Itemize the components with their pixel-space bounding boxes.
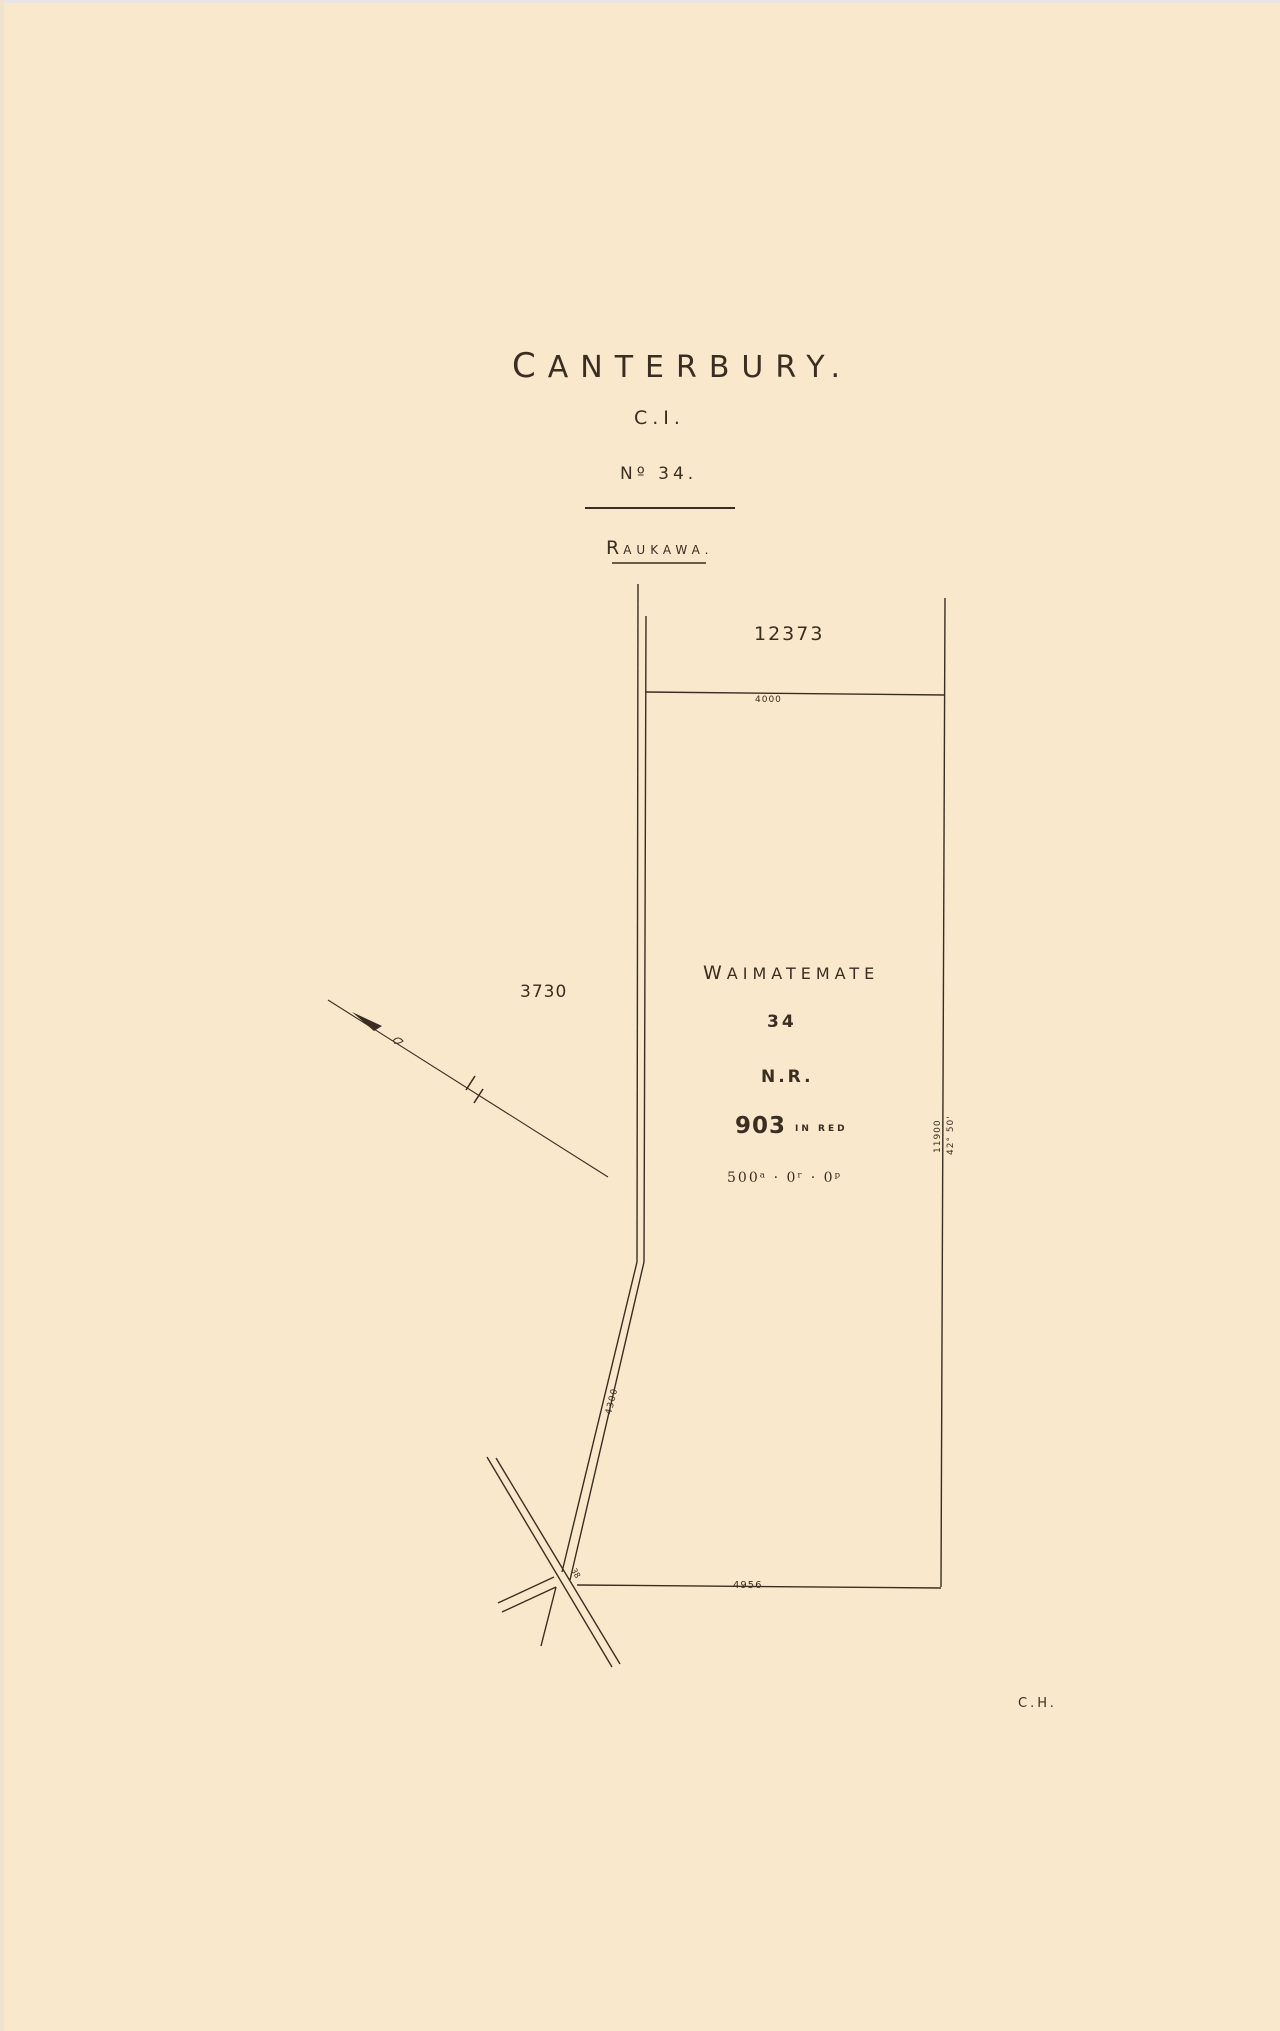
south-road-line	[541, 1587, 556, 1646]
north-arrow-icon	[352, 1012, 382, 1031]
road-west-line-inner	[644, 616, 646, 1262]
area-note: IN RED	[795, 1124, 848, 1134]
west-road-line-1	[498, 1577, 554, 1603]
meridian-tick-2	[474, 1089, 483, 1103]
acreage: 500ᵃ · 0ʳ · 0ᵖ	[727, 1170, 842, 1186]
crossing-road-line-2	[496, 1458, 620, 1664]
area-number: 903	[735, 1113, 786, 1139]
draughtsman-initials: C.H.	[1018, 1696, 1057, 1711]
road-diagonal-outer	[562, 1262, 637, 1572]
east-boundary	[941, 598, 945, 1587]
block-name-rest: AIMATEMATE	[727, 964, 879, 983]
block-name: WAIMATEMATE	[703, 962, 879, 984]
east-boundary-bearing: 42° 50'	[946, 1115, 956, 1155]
survey-plan-drawing: 4000 4956 4300 11900 42° 50' 38	[0, 0, 1280, 2031]
adjacent-lot-north: 12373	[754, 623, 824, 645]
adjacent-lot-west: 3730	[520, 982, 567, 1002]
road-west-line-outer	[637, 584, 638, 1262]
block-name-initial: W	[703, 962, 727, 984]
south-boundary-dimension: 4956	[733, 1580, 762, 1591]
meridian-tick-1	[466, 1076, 475, 1090]
east-boundary-dimension: 11900	[933, 1119, 943, 1153]
north-boundary	[646, 692, 945, 695]
road-diagonal-inner	[570, 1262, 644, 1580]
reserve-type: N.R.	[761, 1067, 814, 1087]
road-segment-dimension: 4300	[604, 1387, 620, 1416]
west-road-line-2	[502, 1587, 556, 1612]
crossing-road-line-1	[487, 1457, 612, 1667]
block-number: 34	[767, 1012, 797, 1032]
north-boundary-dimension: 4000	[755, 695, 782, 705]
